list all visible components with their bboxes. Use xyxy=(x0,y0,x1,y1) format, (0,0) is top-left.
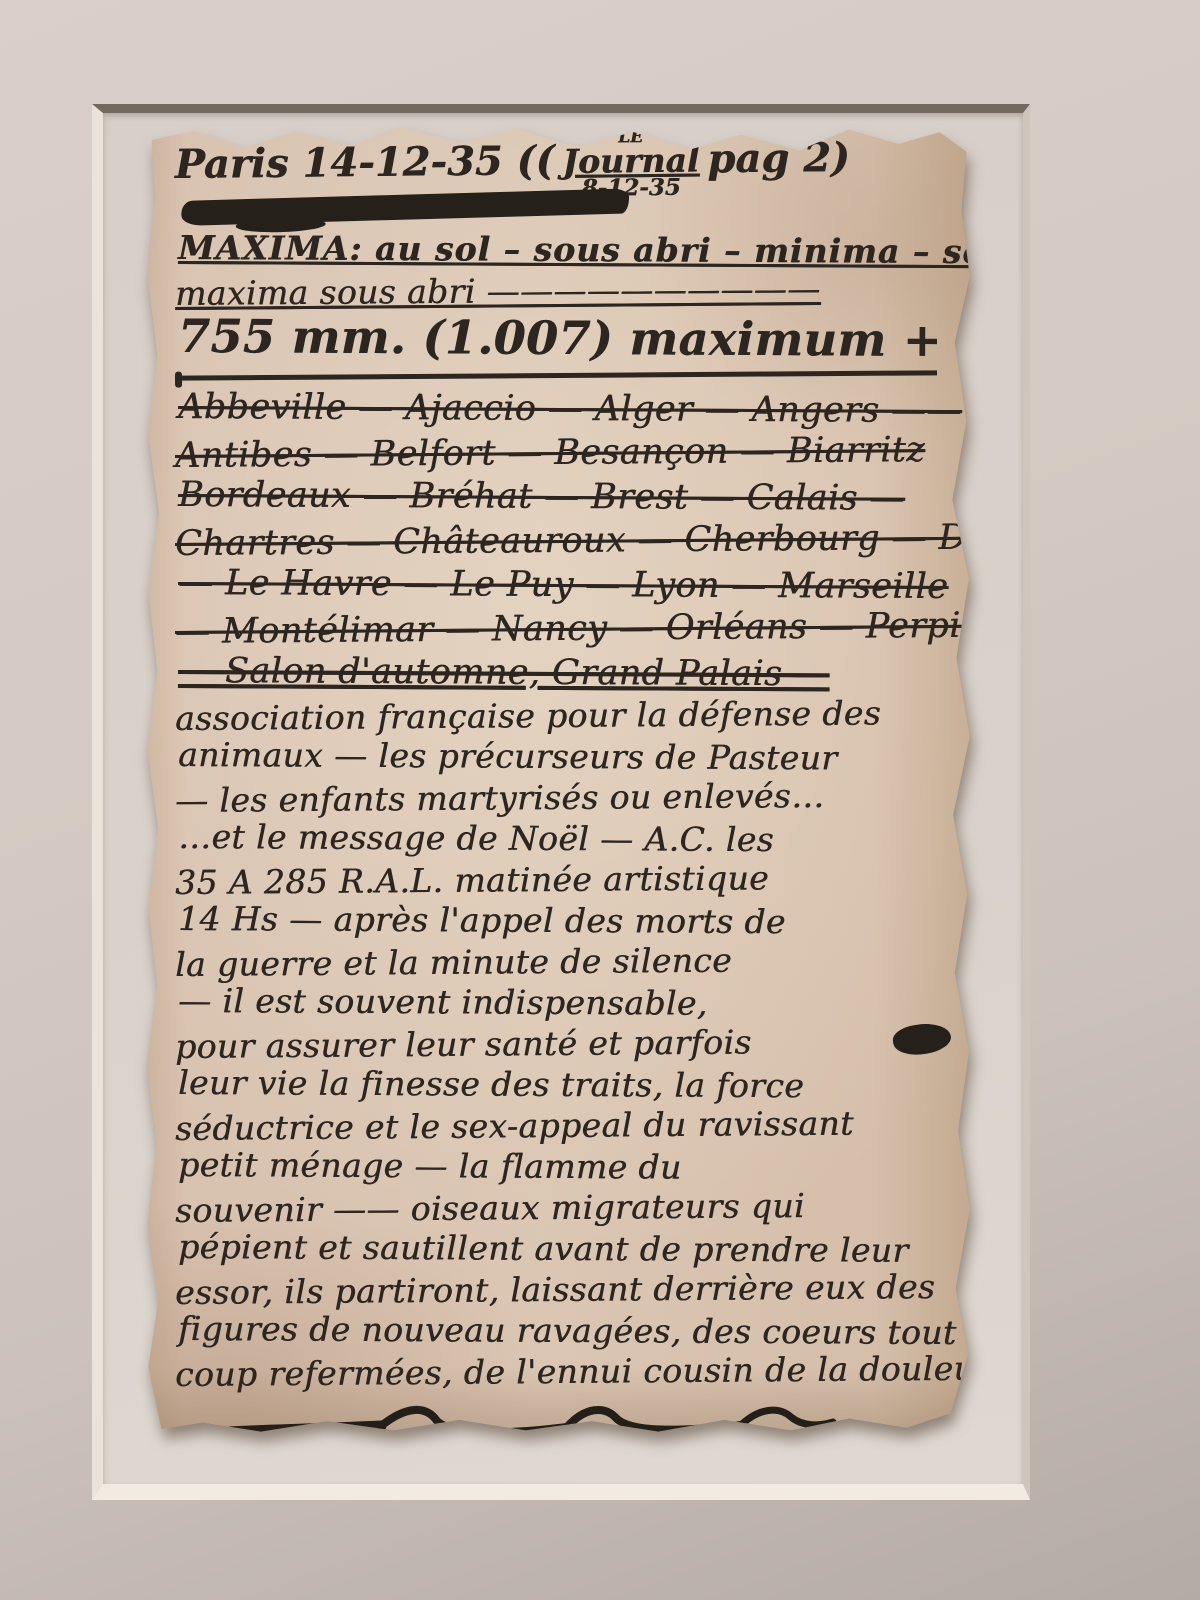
mat-window: Paris 14-12-35 (( LE Journal 8-12-35 pag… xyxy=(92,104,1030,1500)
manuscript-line: 35 A 285 R.A.L. matinée artistique xyxy=(175,856,947,903)
manuscript-line: — Salon d'automne, Grand Palais — xyxy=(178,649,950,697)
paper-shadow: Paris 14-12-35 (( LE Journal 8-12-35 pag… xyxy=(145,119,973,1433)
manuscript-line: Abbeville — Ajaccio — Alger — Angers —— xyxy=(178,385,950,433)
manuscript-paper: Paris 14-12-35 (( LE Journal 8-12-35 pag… xyxy=(145,119,973,1433)
manuscript-line: séductrice et le sex-appeal du ravissant xyxy=(175,1102,947,1149)
manuscript-line: Antibes — Belfort — Besançon — Biarritz xyxy=(175,428,947,478)
manuscript-line: MAXIMA: au sol – sous abri – minima – so… xyxy=(178,227,950,272)
manuscript-header: Paris 14-12-35 (( LE Journal 8-12-35 pag… xyxy=(175,133,948,233)
manuscript-line: petit ménage — la flamme du xyxy=(178,1144,950,1189)
manuscript-line: — il est souvent indispensable, xyxy=(178,980,950,1025)
manuscript-line: essor, ils partiront, laissant derrière … xyxy=(175,1266,947,1313)
signature-flourish xyxy=(181,1396,841,1433)
manuscript-line: animaux — les précurseurs de Pasteur xyxy=(178,734,950,779)
ink-blot-header xyxy=(181,188,630,225)
manuscript-line: association française pour la défense de… xyxy=(175,692,947,739)
manuscript-line: — Le Havre — Le Puy — Lyon — Marseille xyxy=(178,561,950,609)
manuscript-line: Bordeaux — Bréhat — Brest — Calais — xyxy=(178,473,950,521)
manuscript-line: 14 Hs — après l'appel des morts de xyxy=(178,898,950,943)
manuscript-line: leur vie la finesse des traits, la force xyxy=(178,1062,950,1107)
manuscript-line: la guerre et la minute de silence xyxy=(175,938,947,985)
manuscript-line-text: pour assurer leur santé et parfois xyxy=(175,1023,752,1067)
photo-framed-manuscript: Paris 14-12-35 (( LE Journal 8-12-35 pag… xyxy=(0,0,1200,1600)
manuscript-line: 755 mm. (1.007) maximum + 5 xyxy=(178,309,950,367)
manuscript-line: souvenir —— oiseaux migrateurs qui xyxy=(175,1184,947,1231)
manuscript-line: pour assurer leur santé et parfois xyxy=(175,1020,947,1067)
ink-blot xyxy=(891,1020,953,1058)
manuscript-line: figures de nouveau ravagées, des coeurs … xyxy=(178,1308,950,1353)
header-page-ref: pag 2) xyxy=(707,134,850,182)
manuscript-line: — Montélimar — Nancy — Orléans — Perpign… xyxy=(175,604,947,654)
header-city-date: Paris 14-12-35 (( xyxy=(175,137,555,188)
manuscript-line: Chartres — Châteauroux — Cherbourg — Dij… xyxy=(175,516,947,566)
ink-rule xyxy=(177,370,937,380)
manuscript-line: pépient et sautillent avant de prendre l… xyxy=(178,1226,950,1271)
manuscript-line: — les enfants martyrisés ou enlevés… xyxy=(175,774,947,821)
manuscript-line: …et le message de Noël — A.C. les xyxy=(178,816,950,861)
manuscript-line: maxima sous abri —————————— xyxy=(175,267,947,314)
manuscript-line: coup refermées, de l'ennui cousin de la … xyxy=(175,1348,947,1395)
